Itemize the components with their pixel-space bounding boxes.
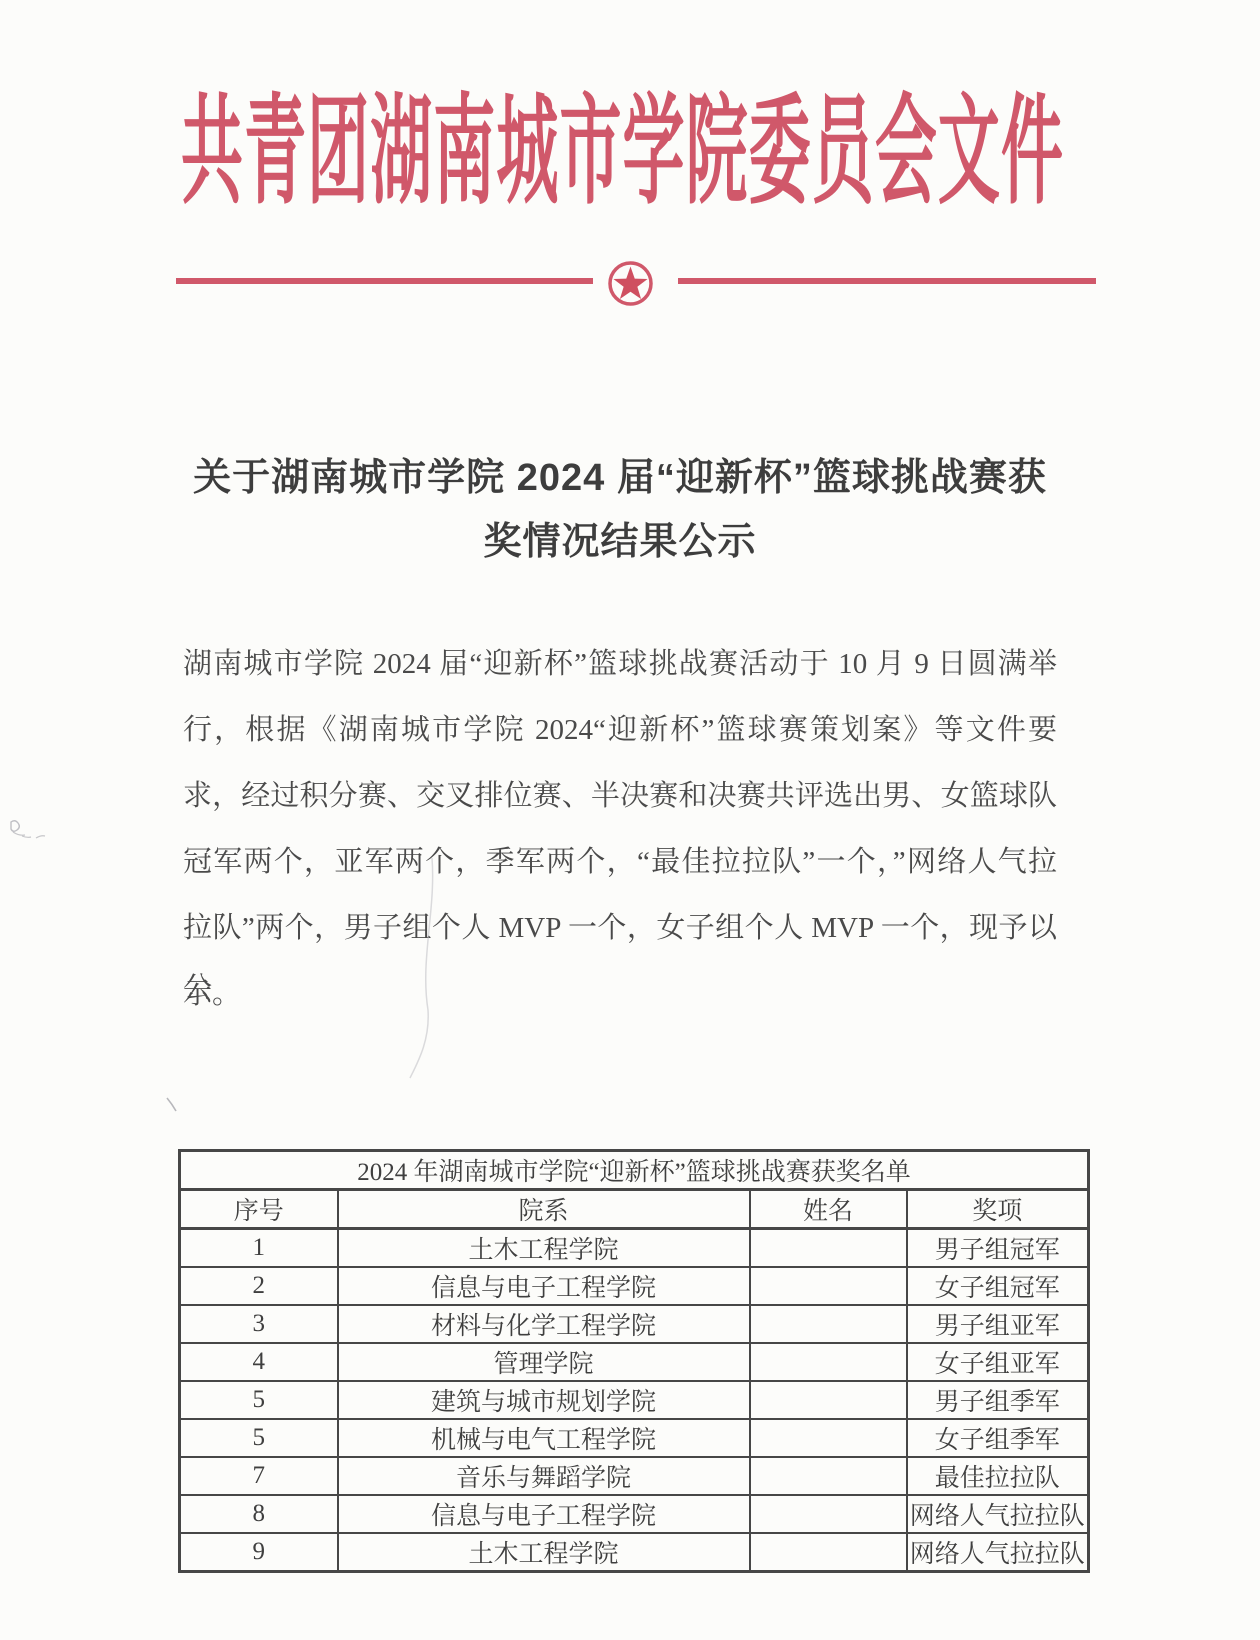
cell-award: 男子组冠军	[907, 1229, 1089, 1268]
cell-name	[750, 1457, 907, 1495]
cell-college: 音乐与舞蹈学院	[338, 1457, 750, 1495]
cell-index: 5	[180, 1419, 338, 1457]
cell-college: 建筑与城市规划学院	[338, 1381, 750, 1419]
cell-name	[750, 1267, 907, 1305]
body-line: 行，根据《湖南城市学院 2024“迎新杯”篮球赛策划案》等文件要	[183, 700, 1057, 766]
table-row: 5 建筑与城市规划学院 男子组季军	[180, 1381, 1089, 1419]
cell-index: 9	[180, 1533, 338, 1572]
table-row: 3 材料与化学工程学院 男子组亚军	[180, 1305, 1089, 1343]
cell-college: 管理学院	[338, 1343, 750, 1381]
scan-tick-artifact	[164, 1096, 178, 1114]
cell-award: 网络人气拉拉队	[907, 1495, 1089, 1533]
table-row: 7 音乐与舞蹈学院 最佳拉拉队	[180, 1457, 1089, 1495]
document-title-line1: 关于湖南城市学院 2024 届“迎新杯”篮球挑战赛获	[178, 446, 1062, 510]
table-row: 1 土木工程学院 男子组冠军	[180, 1229, 1089, 1268]
cell-name	[750, 1343, 907, 1381]
document-title: 关于湖南城市学院 2024 届“迎新杯”篮球挑战赛获 奖情况结果公示	[178, 446, 1062, 574]
table-caption-row: 2024 年湖南城市学院“迎新杯”篮球挑战赛获奖名单	[180, 1151, 1089, 1190]
cell-college: 土木工程学院	[338, 1229, 750, 1268]
document-title-line2: 奖情况结果公示	[178, 510, 1062, 574]
cell-index: 5	[180, 1381, 338, 1419]
cell-name	[750, 1495, 907, 1533]
divider-line-left	[176, 278, 593, 284]
cell-name	[750, 1305, 907, 1343]
divider-line-right	[678, 278, 1096, 284]
cell-name	[750, 1419, 907, 1457]
scan-smudge-artifact	[8, 816, 52, 846]
table-row: 5 机械与电气工程学院 女子组季军	[180, 1419, 1089, 1457]
cell-award: 女子组亚军	[907, 1343, 1089, 1381]
awards-table: 2024 年湖南城市学院“迎新杯”篮球挑战赛获奖名单 序号 院系 姓名 奖项 1…	[178, 1149, 1090, 1573]
cell-index: 2	[180, 1267, 338, 1305]
cell-award: 男子组亚军	[907, 1305, 1089, 1343]
body-line: 冠军两个，亚军两个，季军两个，“最佳拉拉队”一个，”网络人气拉	[183, 832, 1057, 898]
table-row: 9 土木工程学院 网络人气拉拉队	[180, 1533, 1089, 1572]
cell-award: 男子组季军	[907, 1381, 1089, 1419]
cell-award: 网络人气拉拉队	[907, 1533, 1089, 1572]
cell-college: 材料与化学工程学院	[338, 1305, 750, 1343]
cell-college: 机械与电气工程学院	[338, 1419, 750, 1457]
cell-index: 4	[180, 1343, 338, 1381]
cell-college: 信息与电子工程学院	[338, 1267, 750, 1305]
body-line: 拉队”两个，男子组个人 MVP 一个，女子组个人 MVP 一个，现予以公	[183, 898, 1057, 964]
body-line: 湖南城市学院 2024 届“迎新杯”篮球挑战赛活动于 10 月 9 日圆满举	[183, 634, 1057, 700]
cell-college: 土木工程学院	[338, 1533, 750, 1572]
body-line: 求，经过积分赛、交叉排位赛、半决赛和决赛共评选出男、女篮球队	[183, 766, 1057, 832]
document-page: 共青团湖南城市学院委员会文件 关于湖南城市学院 2024 届“迎新杯”篮球挑战赛…	[0, 0, 1260, 1640]
cell-award: 女子组季军	[907, 1419, 1089, 1457]
table-row: 8 信息与电子工程学院 网络人气拉拉队	[180, 1495, 1089, 1533]
table-header-row: 序号 院系 姓名 奖项	[180, 1190, 1089, 1229]
cell-name	[750, 1229, 907, 1268]
table-row: 4 管理学院 女子组亚军	[180, 1343, 1089, 1381]
cell-index: 1	[180, 1229, 338, 1268]
cell-index: 8	[180, 1495, 338, 1533]
body-line: 示。	[183, 964, 1057, 1030]
table-row: 2 信息与电子工程学院 女子组冠军	[180, 1267, 1089, 1305]
cell-name	[750, 1381, 907, 1419]
col-header-index: 序号	[180, 1190, 338, 1229]
col-header-award: 奖项	[907, 1190, 1089, 1229]
cell-award: 最佳拉拉队	[907, 1457, 1089, 1495]
col-header-name: 姓名	[750, 1190, 907, 1229]
table-caption: 2024 年湖南城市学院“迎新杯”篮球挑战赛获奖名单	[180, 1151, 1089, 1190]
masthead-title: 共青团湖南城市学院委员会文件	[181, 92, 1063, 215]
cell-name	[750, 1533, 907, 1572]
cell-index: 3	[180, 1305, 338, 1343]
col-header-college: 院系	[338, 1190, 750, 1229]
cell-award: 女子组冠军	[907, 1267, 1089, 1305]
body-paragraph: 湖南城市学院 2024 届“迎新杯”篮球挑战赛活动于 10 月 9 日圆满举 行…	[183, 634, 1057, 1030]
cell-index: 7	[180, 1457, 338, 1495]
cell-college: 信息与电子工程学院	[338, 1495, 750, 1533]
star-emblem-icon	[607, 260, 654, 307]
